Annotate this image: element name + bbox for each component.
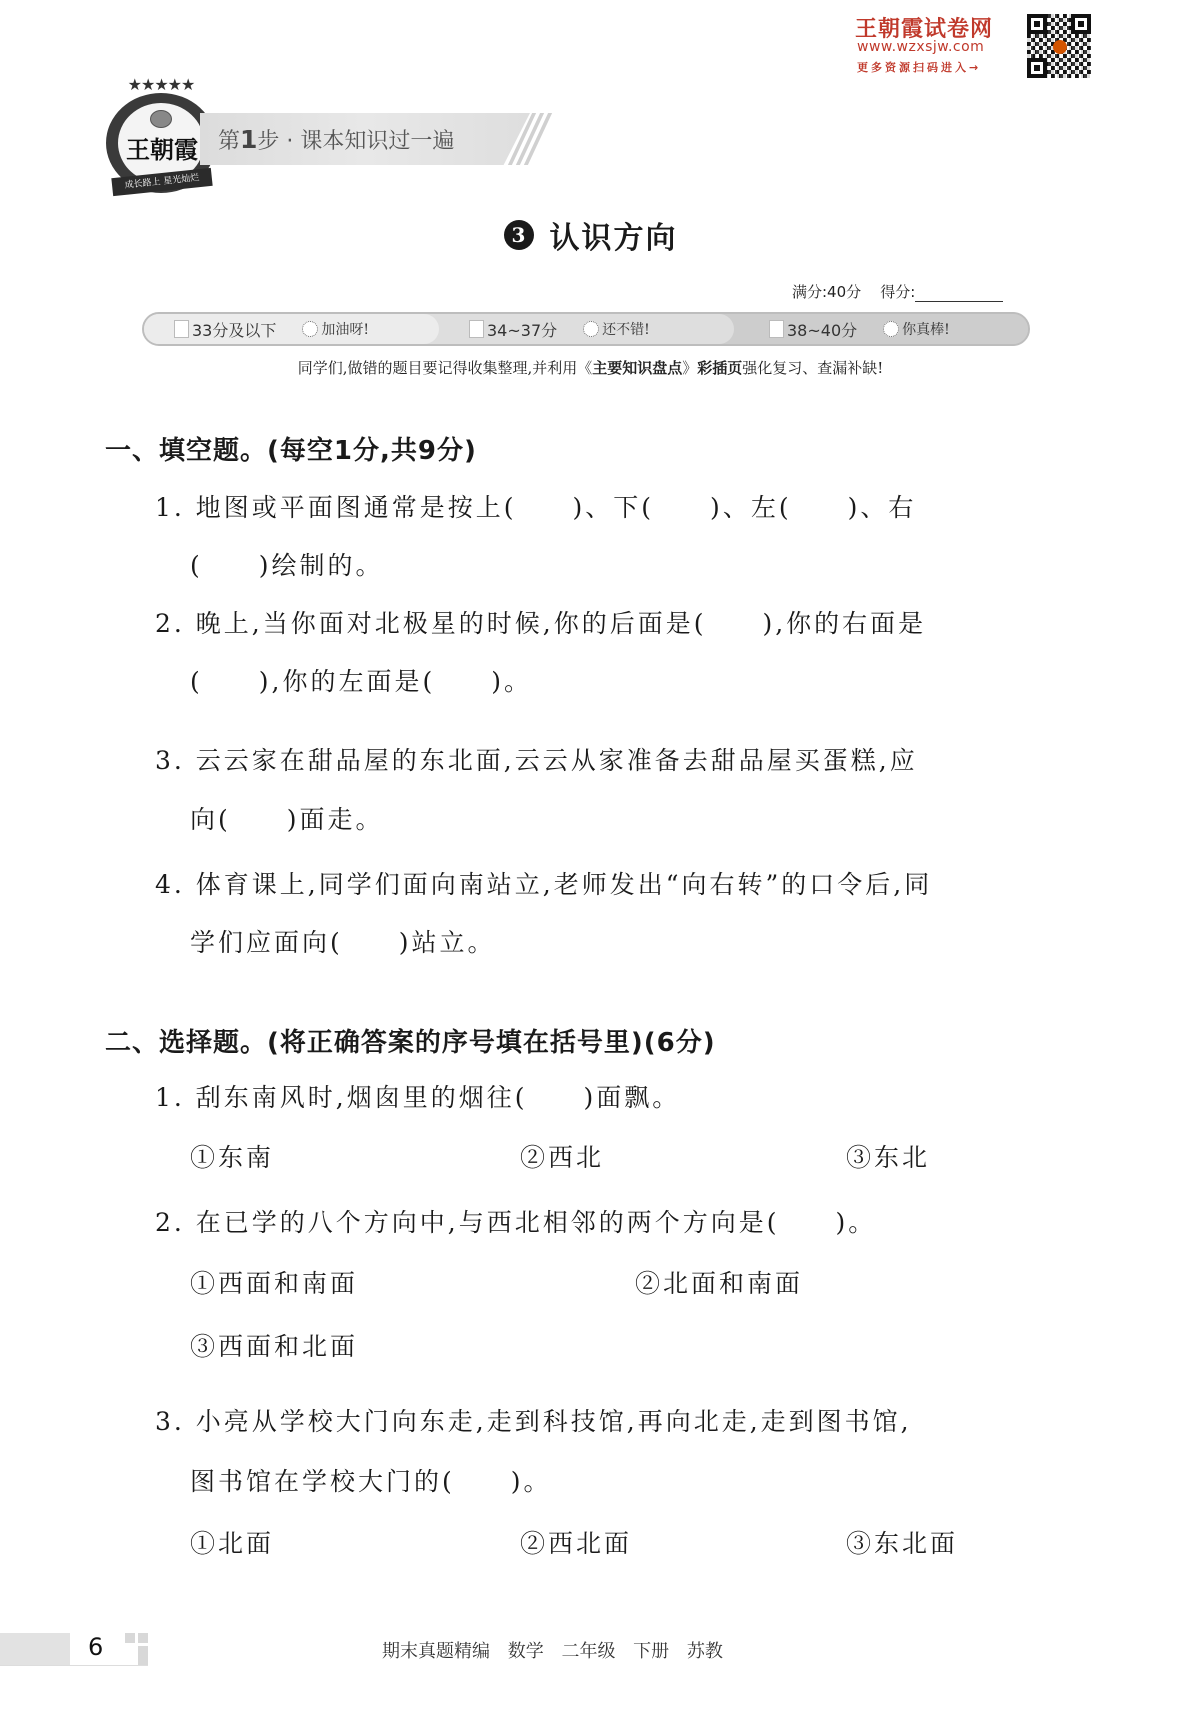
footer-decor — [125, 1633, 135, 1643]
s1-q3-line1: 3. 云云家在甜品屋的东北面,云云从家准备去甜品屋买蛋糕,应 — [155, 741, 918, 777]
qr-finder-icon — [1071, 14, 1091, 34]
star-icons: ★★★★★ — [110, 75, 212, 94]
brand-cta: 更多资源扫码进入→ — [857, 59, 981, 75]
s2-q3-option-3[interactable]: ③东北面 — [846, 1524, 958, 1560]
s1-q4-line1: 4. 体育课上,同学们面向南站立,老师发出“向右转”的口令后,同 — [155, 865, 932, 901]
s2-q3-option-2[interactable]: ②西北面 — [520, 1524, 632, 1560]
footer-decor — [138, 1646, 148, 1665]
reminder-post: 强化复习、查漏补缺! — [742, 359, 883, 377]
step-number: 1 — [240, 125, 257, 154]
tier-checkbox[interactable] — [174, 320, 189, 338]
s2-q1-option-1[interactable]: ①东南 — [190, 1138, 274, 1174]
score-tier-bar: 33分及以下 加油呀! 34~37分 还不错! 38~40分 你真棒! — [142, 312, 1030, 346]
s1-q4-line2: 学们应面向( )站立。 — [190, 923, 496, 959]
s2-q2-option-3[interactable]: ③西面和北面 — [190, 1327, 358, 1363]
footer-book-info: 期末真题精编 数学 二年级 下册 苏教 — [382, 1637, 723, 1663]
s1-q2-line2: ( ),你的左面是( )。 — [190, 662, 532, 698]
s1-q1-line1: 1. 地图或平面图通常是按上( )、下( )、左( )、右 — [155, 488, 916, 524]
score-line: 满分:40分 得分: — [792, 281, 1003, 302]
s1-q2-line1: 2. 晚上,当你面对北极星的时候,你的后面是( ),你的右面是 — [155, 604, 926, 640]
s1-q3-line2: 向( )面走。 — [190, 800, 384, 836]
step-suffix: 步 · 课本知识过一遍 — [257, 129, 454, 154]
reminder-bold-page: 彩插页 — [697, 359, 742, 377]
score-input[interactable] — [915, 286, 1003, 302]
section1-title: 一、填空题。(每空1分,共9分) — [105, 430, 477, 467]
reminder-mid: 》 — [682, 359, 697, 377]
step-prefix: 第 — [218, 129, 240, 154]
s2-q2-option-2[interactable]: ②北面和南面 — [635, 1264, 803, 1300]
qr-finder-icon — [1027, 58, 1047, 78]
logo-name: 王朝霞 — [120, 130, 204, 165]
reminder-bold-ref: 主要知识盘点 — [592, 359, 682, 377]
qr-center-logo-icon — [1053, 40, 1067, 54]
qr-code-icon[interactable] — [1025, 12, 1093, 80]
tier-checkbox[interactable] — [769, 320, 784, 338]
tier-low: 33分及以下 加油呀! — [144, 314, 439, 344]
reminder-text: 同学们,做错的题目要记得收集整理,并利用《主要知识盘点》彩插页强化复习、查漏补缺… — [0, 357, 1181, 378]
s2-q3-option-1[interactable]: ①北面 — [190, 1524, 274, 1560]
footer-bar — [0, 1633, 70, 1665]
s2-q1-line1: 1. 刮东南风时,烟囱里的烟往( )面飘。 — [155, 1078, 680, 1114]
avatar-icon — [150, 110, 172, 128]
tier-message: 你真棒! — [902, 319, 950, 339]
s2-q2-line1: 2. 在已学的八个方向中,与西北相邻的两个方向是( )。 — [155, 1203, 876, 1239]
face-icon — [583, 321, 599, 337]
lesson-title-text: 认识方向 — [550, 213, 678, 257]
lesson-number-badge: 3 — [504, 220, 534, 250]
footer-divider — [0, 1665, 148, 1666]
s1-q1-line2: ( )绘制的。 — [190, 546, 384, 582]
s2-q1-option-3[interactable]: ③东北 — [846, 1138, 930, 1174]
s2-q2-option-1[interactable]: ①西面和南面 — [190, 1264, 358, 1300]
tier-range: 34~37分 — [487, 318, 557, 341]
page-number: 6 — [88, 1633, 103, 1661]
face-icon — [302, 321, 318, 337]
face-icon — [883, 321, 899, 337]
section2-title: 二、选择题。(将正确答案的序号填在括号里)(6分) — [105, 1022, 716, 1059]
full-score-label: 满分:40分 — [792, 283, 861, 301]
s2-q3-line1: 3. 小亮从学校大门向东走,走到科技馆,再向北走,走到图书馆, — [155, 1402, 912, 1438]
lesson-title: 3认识方向 — [0, 213, 1181, 257]
tier-checkbox[interactable] — [469, 320, 484, 338]
footer-decor — [138, 1633, 148, 1643]
got-score-label: 得分: — [880, 283, 915, 301]
s2-q3-line2: 图书馆在学校大门的( )。 — [190, 1462, 552, 1498]
reminder-pre: 同学们,做错的题目要记得收集整理,并利用《 — [298, 359, 593, 377]
qr-finder-icon — [1027, 14, 1047, 34]
brand-url[interactable]: www.wzxsjw.com — [857, 39, 984, 55]
tier-range: 38~40分 — [787, 318, 857, 341]
step-label: 第1步 · 课本知识过一遍 — [218, 124, 454, 155]
tier-message: 还不错! — [602, 319, 650, 339]
s2-q1-option-2[interactable]: ②西北 — [520, 1138, 604, 1174]
tier-range: 33分及以下 — [192, 318, 276, 341]
tier-message: 加油呀! — [321, 319, 369, 339]
